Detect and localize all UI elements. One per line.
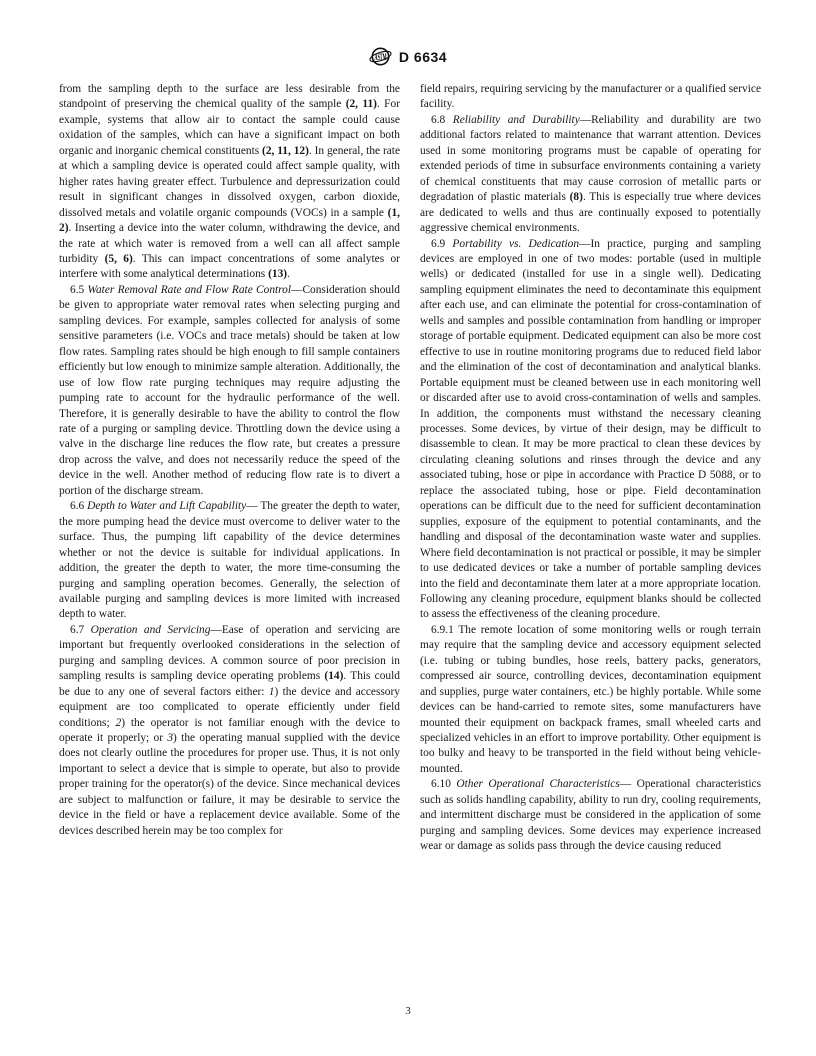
text-run: Other Operational Characteristics (456, 778, 619, 790)
text-run: (14) (324, 670, 343, 682)
astm-logo-text: ASTM (374, 52, 386, 62)
text-run: —Reliability and durability are two addi… (420, 114, 761, 203)
paragraph: 6.10 Other Operational Characteristics— … (420, 777, 761, 854)
text-run: 6.5 (70, 284, 88, 296)
page-header: ASTM D 6634 (0, 46, 816, 67)
paragraph: 6.7 Operation and Servicing—Ease of oper… (59, 623, 400, 839)
page-footer: 3 (0, 1005, 816, 1017)
text-run: ) the operating manual supplied with the… (59, 732, 400, 837)
paragraph: from the sampling depth to the surface a… (59, 82, 400, 283)
text-run: (5, 6) (105, 253, 133, 265)
text-run: 6.10 (431, 778, 456, 790)
text-run: 6.7 (70, 624, 91, 636)
text-run: (2, 11, 12) (262, 145, 309, 157)
text-run: 6.8 (431, 114, 453, 126)
text-run: . (287, 268, 290, 280)
text-run: Depth to Water and Lift Capability (87, 500, 246, 512)
paragraph: 6.9.1 The remote location of some monito… (420, 623, 761, 778)
text-run: 6.9 (431, 238, 452, 250)
paragraph: 6.5 Water Removal Rate and Flow Rate Con… (59, 283, 400, 499)
text-run: (2, 11) (346, 98, 377, 110)
column-left: from the sampling depth to the surface a… (59, 82, 400, 855)
text-columns: from the sampling depth to the surface a… (59, 82, 761, 855)
text-run: Operation and Servicing (91, 624, 211, 636)
doc-number: D 6634 (399, 49, 447, 65)
text-run: (13) (268, 268, 287, 280)
text-run: 6.6 (70, 500, 87, 512)
paragraph: field repairs, requiring servicing by th… (420, 82, 761, 113)
text-run: (8) (570, 191, 583, 203)
column-right: field repairs, requiring servicing by th… (420, 82, 761, 855)
text-run: 6.9.1 The remote location of some monito… (420, 624, 761, 775)
text-run: Water Removal Rate and Flow Rate Control (88, 284, 292, 296)
paragraph: 6.6 Depth to Water and Lift Capability— … (59, 499, 400, 623)
text-run: —In practice, purging and sampling devic… (420, 238, 761, 621)
text-run: Portability vs. Dedication (452, 238, 579, 250)
text-run: — The greater the depth to water, the mo… (59, 500, 400, 620)
text-run: field repairs, requiring servicing by th… (420, 83, 761, 110)
text-run: Reliability and Durability (453, 114, 580, 126)
paragraph: 6.9 Portability vs. Dedication—In practi… (420, 237, 761, 623)
astm-logo-icon: ASTM (369, 46, 392, 67)
document-page: ASTM D 6634 from the sampling depth to t… (0, 0, 816, 1056)
text-run: —Consideration should be given to approp… (59, 284, 400, 497)
paragraph: 6.8 Reliability and Durability—Reliabili… (420, 113, 761, 237)
page-number: 3 (405, 1005, 411, 1017)
